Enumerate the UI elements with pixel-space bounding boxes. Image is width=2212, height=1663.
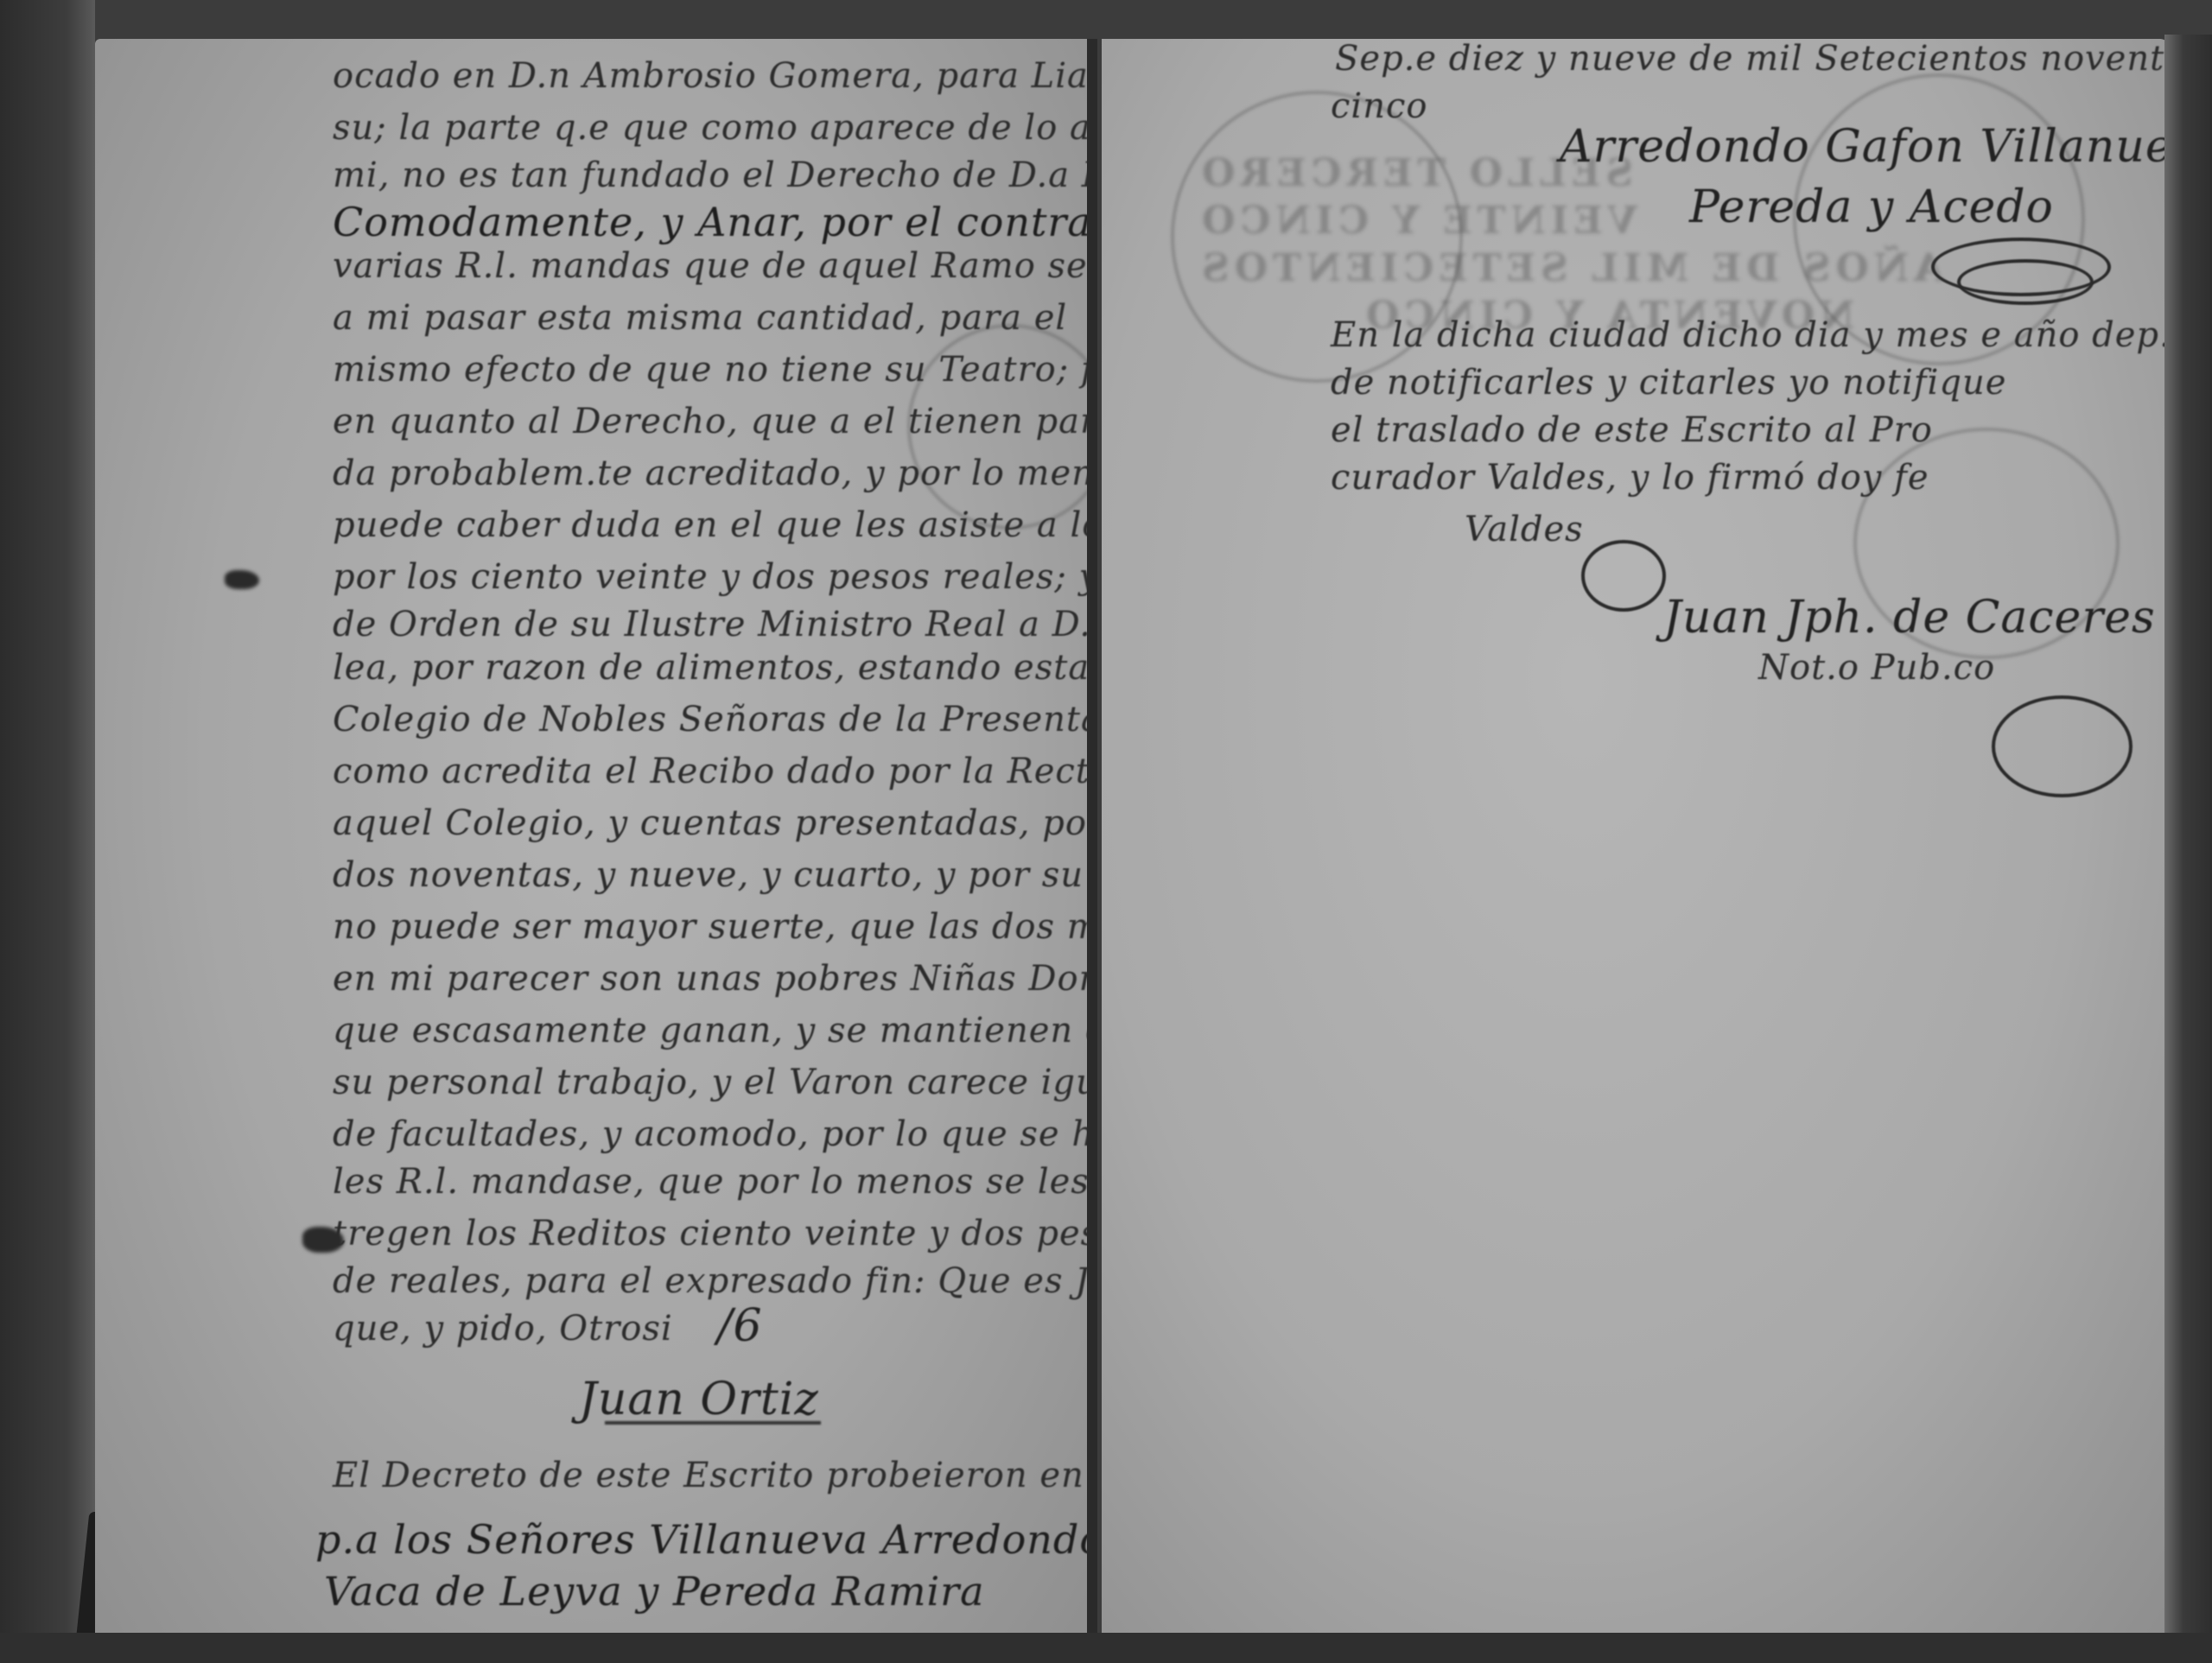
left-page: ocado en D.n Ambrosio Gomera, para Liar … bbox=[95, 39, 1093, 1637]
manuscript-line: les R.l. mandase, que por lo menos se le… bbox=[333, 1162, 1093, 1202]
manuscript-line: da probablem.te acreditado, y por lo men… bbox=[333, 454, 1093, 493]
signature-flourish bbox=[1957, 259, 2094, 305]
signature-arredondo: Arredondo Gafon Villanueva bbox=[1560, 121, 2169, 173]
notification-line: En la dicha ciudad dicho dia y mes e año… bbox=[1331, 315, 2169, 355]
manuscript-line: su; la parte q.e que como aparece de lo … bbox=[333, 108, 1093, 148]
manuscript-line: lea, por razon de alimentos, estando est… bbox=[333, 648, 1093, 688]
bleed-through-stamp-text: VEINTE Y CINCO bbox=[1197, 199, 1637, 243]
decree-line: El Decreto de este Escrito probeieron en… bbox=[333, 1456, 1093, 1495]
book-left-edge bbox=[0, 0, 95, 1663]
date-line: Sep.e diez y nueve de mil Setecientos no… bbox=[1335, 39, 2169, 79]
notary-rubric bbox=[1992, 695, 2133, 797]
manuscript-line: mi, no es tan fundado el Derecho de D.a … bbox=[333, 156, 1093, 195]
manuscript-line: de facultades, y acomodo, por lo que se … bbox=[333, 1114, 1093, 1154]
book-bottom-edge bbox=[0, 1633, 2212, 1663]
manuscript-line: varias R.l. mandas que de aquel Ramo se … bbox=[333, 246, 1093, 286]
notification-line: curador Valdes, y lo firmó doy fe bbox=[1331, 458, 1929, 498]
manuscript-line: que, y pido, Otrosi bbox=[333, 1309, 673, 1349]
signature-flourish bbox=[1581, 540, 1666, 612]
manuscript-line: de reales, para el expresado fin: Que es… bbox=[333, 1261, 1093, 1301]
decree-line: p.a los Señores Villanueva Arredondo bbox=[315, 1516, 1093, 1563]
manuscript-line: a mi pasar esta misma cantidad, para el bbox=[333, 298, 1067, 338]
signature-juan-ortiz: Juan Ortiz bbox=[579, 1374, 819, 1425]
notification-line: el traslado de este Escrito al Pro bbox=[1331, 410, 1933, 450]
manuscript-line: su personal trabajo, y el Varon carece i… bbox=[333, 1063, 1093, 1102]
book-spine bbox=[1087, 39, 1097, 1637]
signature-notary: Juan Jph. de Caceres bbox=[1663, 592, 2156, 644]
manuscript-line: puede caber duda en el que les asiste a … bbox=[333, 505, 1093, 545]
book-right-edge bbox=[2164, 35, 2212, 1641]
right-page: SELLO TERCERO VEINTE Y CINCO AÑOS DE MIL… bbox=[1102, 39, 2169, 1637]
signature-rubric: /6 bbox=[717, 1300, 763, 1352]
manuscript-line: mismo efecto de que no tiene su Teatro; … bbox=[333, 350, 1093, 390]
notary-title: Not.o Pub.co bbox=[1758, 648, 1995, 688]
ink-blot bbox=[302, 1227, 344, 1253]
signature-pereda: Pereda y Acedo bbox=[1689, 181, 2054, 233]
signature-valdes: Valdes bbox=[1465, 510, 1584, 549]
bleed-through-stamp-text: AÑOS DE MIL SETECIENTOS bbox=[1197, 246, 1943, 290]
decree-line: Vaca de Leyva y Pereda Ramira bbox=[324, 1568, 985, 1615]
manuscript-line: como acredita el Recibo dado por la Rect… bbox=[333, 752, 1093, 791]
signature-underline bbox=[605, 1421, 821, 1425]
ink-blot bbox=[225, 570, 259, 589]
manuscript-line: tregen los Reditos ciento veinte y dos p… bbox=[333, 1214, 1093, 1254]
manuscript-line: dos noventas, y nueve, y cuarto, y por s… bbox=[333, 855, 1093, 895]
manuscript-line: Colegio de Nobles Señoras de la Presenta… bbox=[333, 700, 1093, 739]
date-line: cinco bbox=[1331, 86, 1427, 126]
manuscript-line: por los ciento veinte y dos pesos reales… bbox=[333, 557, 1093, 597]
manuscript-line: que escasamente ganan, y se mantienen co… bbox=[333, 1011, 1093, 1050]
manuscript-line: en quanto al Derecho, que a el tienen pa… bbox=[333, 402, 1093, 441]
manuscript-line: no puede ser mayor suerte, que las dos m… bbox=[333, 907, 1093, 947]
manuscript-line: aquel Colegio, y cuentas presentadas, po… bbox=[333, 803, 1093, 843]
manuscript-line: ocado en D.n Ambrosio Gomera, para Liar … bbox=[333, 56, 1093, 96]
manuscript-line: en mi parecer son unas pobres Niñas Donc… bbox=[333, 959, 1093, 999]
manuscript-line: de Orden de su Ilustre Ministro Real a D… bbox=[333, 605, 1093, 644]
notification-line: de notificarles y citarles yo notifique bbox=[1331, 363, 2006, 403]
manuscript-line: Comodamente, y Anar, por el contrario, s… bbox=[333, 199, 1093, 245]
